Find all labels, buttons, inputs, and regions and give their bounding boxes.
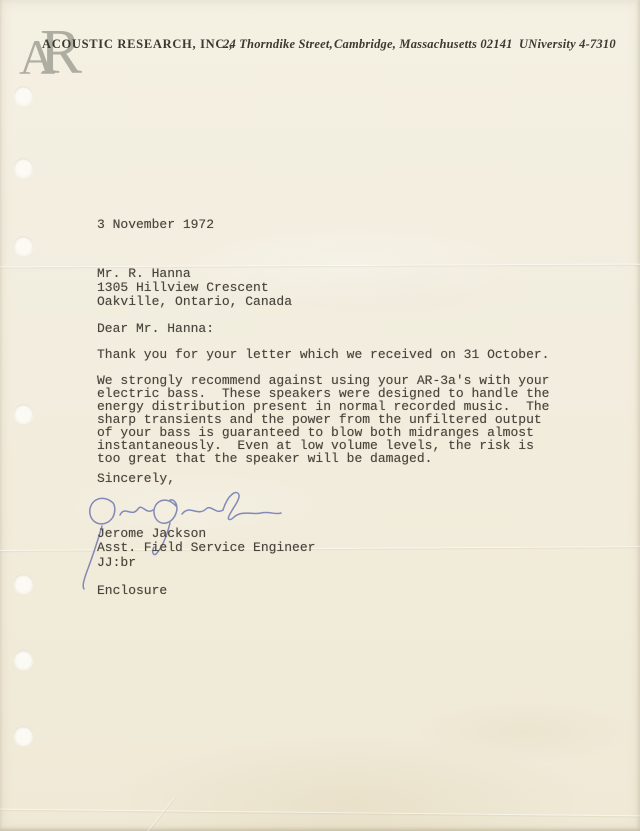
fold-crease	[146, 797, 175, 831]
punch-hole	[14, 726, 33, 745]
recipient-name: Mr. R. Hanna	[97, 266, 191, 281]
letterhead-street: 24 Thorndike Street,	[223, 37, 333, 52]
paragraph-2: We strongly recommend against using your…	[97, 374, 549, 465]
fold-crease	[0, 809, 640, 817]
fold-crease	[0, 264, 640, 268]
punch-hole	[14, 404, 33, 423]
ar-logo: A R	[19, 23, 103, 89]
letter-page: A R ACOUSTIC RESEARCH, INC., 24 Thorndik…	[0, 0, 640, 831]
letterhead-company: ACOUSTIC RESEARCH, INC.,	[42, 37, 233, 52]
signature-block: Jerome Jackson Asst. Field Service Engin…	[97, 527, 315, 554]
closing: Sincerely,	[97, 472, 175, 485]
ar-logo-letter-r: R	[40, 21, 82, 84]
letterhead-phone: UNiversity 4-7310	[519, 37, 616, 52]
recipient-address: Mr. R. Hanna 1305 Hillview Crescent Oakv…	[97, 267, 292, 310]
recipient-street: 1305 Hillview Crescent	[97, 280, 269, 295]
punch-hole	[14, 158, 33, 177]
punch-hole	[14, 650, 33, 669]
punch-hole	[14, 236, 33, 255]
enclosure-note: Enclosure	[97, 584, 167, 597]
letterhead-city: Cambridge, Massachusetts 02141	[334, 37, 513, 52]
recipient-city: Oakville, Ontario, Canada	[97, 294, 292, 309]
punch-hole	[14, 574, 33, 593]
letter-date: 3 November 1972	[97, 218, 214, 231]
salutation: Dear Mr. Hanna:	[97, 322, 214, 335]
paragraph-1: Thank you for your letter which we recei…	[97, 348, 549, 361]
signer-title: Asst. Field Service Engineer	[97, 540, 315, 555]
reference-initials: JJ:br	[97, 556, 136, 569]
